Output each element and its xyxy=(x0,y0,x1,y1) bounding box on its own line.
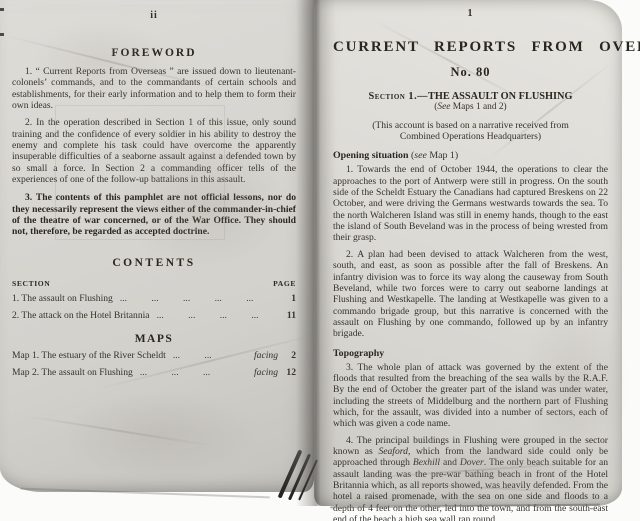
dot-leaders: ... ... ... ... xyxy=(150,310,282,321)
foreword-para-3: 3. The contents of this pamphlet are not… xyxy=(12,192,296,237)
contents-col-page: PAGE xyxy=(273,279,296,288)
para4-text: and xyxy=(440,457,460,468)
dot-leaders: ... ... xyxy=(166,350,254,361)
foreword-title: FOREWORD xyxy=(12,47,296,59)
see-maps-italic: See xyxy=(437,102,450,112)
issue-number: No. 80 xyxy=(333,65,608,80)
dot-leaders: ... ... ... xyxy=(133,367,254,378)
contents-column-headers: SECTION PAGE xyxy=(12,279,296,288)
maps-row-facing: facing xyxy=(254,367,278,378)
body-para-2: 2. A plan had been devised to attack Wal… xyxy=(333,249,608,340)
page-number-right: 1 xyxy=(333,8,608,19)
dot-leaders: ... ... ... ... ... xyxy=(113,293,282,304)
opening-situation-heading: Opening situation (see Map 1) xyxy=(333,150,608,161)
maps-row-facing: facing xyxy=(254,350,278,361)
maps-row-1: Map 1. The estuary of the River Scheldt … xyxy=(12,350,296,361)
section-heading-prefix: Section 1.— xyxy=(369,91,428,102)
contents-row-label: 1. The assault on Flushing xyxy=(12,293,113,304)
report-title: CURRENT REPORTS FROM OVERSEAS xyxy=(333,39,608,56)
opening-heading-bold: Opening situation xyxy=(333,150,408,161)
source-note-line-1: (This account is based on a narrative re… xyxy=(333,120,608,131)
para4-italic-dover: Dover xyxy=(460,457,484,468)
contents-row-2: 2. The attack on the Hotel Britannia ...… xyxy=(12,310,296,321)
source-note: (This account is based on a narrative re… xyxy=(333,120,608,142)
section-heading-title: THE ASSAULT ON FLUSHING xyxy=(428,91,573,102)
para4-italic-bexhill: Bexhill xyxy=(413,457,440,468)
maps-row-page: 2 xyxy=(282,350,296,361)
see-maps-note: (See Maps 1 and 2) xyxy=(333,102,608,112)
maps-row-label: Map 2. The assault on Flushing xyxy=(12,367,133,378)
topography-heading: Topography xyxy=(333,348,608,359)
maps-row-label: Map 1. The estuary of the River Scheldt xyxy=(12,350,166,361)
maps-row-page: 12 xyxy=(282,367,296,378)
scanned-pamphlet-spread: ii FOREWORD 1. “ Current Reports from Ov… xyxy=(0,0,640,521)
page-number-left: ii xyxy=(12,10,296,21)
source-note-line-2: Combined Operations Headquarters) xyxy=(333,131,608,142)
contents-row-1: 1. The assault on Flushing ... ... ... .… xyxy=(12,293,296,304)
contents-col-section: SECTION xyxy=(12,279,50,288)
page-left: ii FOREWORD 1. “ Current Reports from Ov… xyxy=(0,0,314,492)
opening-heading-italic: see xyxy=(414,150,427,161)
maps-row-2: Map 2. The assault on Flushing ... ... .… xyxy=(12,367,296,378)
section-heading: Section 1.—THE ASSAULT ON FLUSHING xyxy=(333,91,608,102)
body-para-1: 1. Towards the end of October 1944, the … xyxy=(333,164,608,243)
body-para-3: 3. The whole plan of attack was governed… xyxy=(333,362,608,430)
contents-title: CONTENTS xyxy=(12,257,296,269)
body-para-4: 4. The principal buildings in Flushing w… xyxy=(333,435,608,521)
see-maps-post: Maps 1 and 2) xyxy=(450,102,506,112)
foreword-para-2: 2. In the operation described in Section… xyxy=(12,117,296,185)
contents-row-page: 1 xyxy=(282,293,296,304)
contents-row-page: 11 xyxy=(282,310,296,321)
maps-title: MAPS xyxy=(12,333,296,345)
para4-italic-seaford: Seaford xyxy=(378,446,408,457)
page-right: 1 CURRENT REPORTS FROM OVERSEAS No. 80 S… xyxy=(314,0,622,506)
opening-heading-post: Map 1) xyxy=(427,150,458,161)
foreword-para-1: 1. “ Current Reports from Overseas ” are… xyxy=(12,66,296,111)
contents-row-label: 2. The attack on the Hotel Britannia xyxy=(12,310,150,321)
